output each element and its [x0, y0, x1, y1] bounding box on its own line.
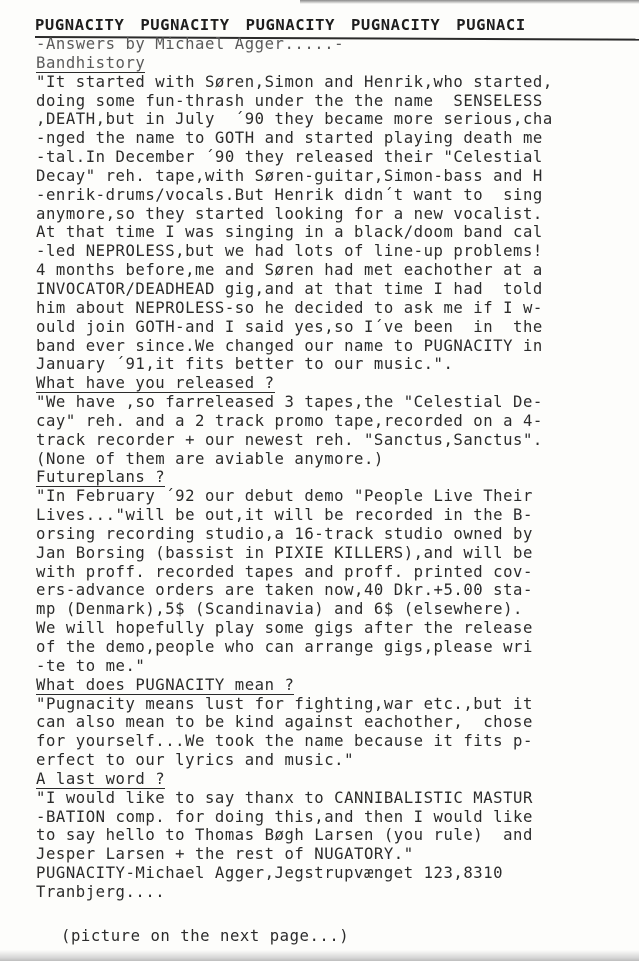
body-text-line: -BATION comp. for doing this,and then I …	[36, 808, 636, 827]
body-text-line: We will hopefully play some gigs after t…	[36, 619, 636, 638]
fanzine-page: PUGNACITY PUGNACITY PUGNACITY PUGNACITY …	[0, 0, 639, 961]
body-text-line: January ´91,it fits better to our music.…	[36, 355, 636, 374]
body-text-line: orsing recording studio,a 16-track studi…	[36, 525, 636, 544]
body-text-line: doing some fun-thrash under the the name…	[36, 92, 636, 111]
body-text-line: track recorder + our newest reh. "Sanctu…	[36, 431, 636, 450]
interview-sections: Bandhistory"It started with Søren,Simon …	[36, 54, 636, 902]
body-text-line: 4 months before,me and Søren had met eac…	[36, 261, 636, 280]
body-text-line: him about NEPROLESS-so he decided to ask…	[36, 299, 636, 318]
body-text-line: with proff. recorded tapes and proff. pr…	[36, 563, 636, 582]
interview-body: -Answers by Michael Agger.....- Bandhist…	[36, 35, 636, 902]
body-text-line: -te to me."	[36, 657, 636, 676]
body-text-line: "We have ,so farreleased 3 tapes,the "Ce…	[36, 393, 636, 412]
body-text-line: Decay" reh. tape,with Søren-guitar,Simon…	[36, 167, 636, 186]
body-text-line: "Pugnacity means lust for fighting,war e…	[36, 695, 636, 714]
body-text-line: mp (Denmark),5$ (Scandinavia) and 6$ (el…	[36, 600, 636, 619]
scan-edge-shadow-top	[300, 0, 639, 4]
body-text-line: -enrik-drums/vocals.But Henrik didn´t wa…	[36, 186, 636, 205]
section-heading: Futureplans ?	[36, 469, 165, 487]
section-heading: A last word ?	[36, 771, 165, 789]
body-text-line: for yourself...We took the name because …	[36, 732, 636, 751]
interview-section: A last word ?"I would like to say thanx …	[36, 770, 636, 902]
closing-note: (picture on the next page...)	[61, 927, 349, 945]
body-text-line: of the demo,people who can arrange gigs,…	[36, 638, 636, 657]
scan-edge-shadow-bottom	[0, 950, 639, 961]
body-text-line: Lives..."will be out,it will be recorded…	[36, 506, 636, 525]
section-heading: What does PUGNACITY mean ?	[36, 677, 294, 695]
body-text-line: to say hello to Thomas Bøgh Larsen (you …	[36, 826, 636, 845]
body-text-line: Jan Borsing (bassist in PIXIE KILLERS),a…	[36, 544, 636, 563]
body-text-line: "In February ´92 our debut demo "People …	[36, 487, 636, 506]
body-text-line: ould join GOTH-and I said yes,so I´ve be…	[36, 318, 636, 337]
body-text-line: -led NEPROLESS,but we had lots of line-u…	[36, 242, 636, 261]
body-text-line: band ever since.We changed our name to P…	[36, 337, 636, 356]
section-heading-line: What does PUGNACITY mean ?	[36, 676, 636, 695]
body-text-line: At that time I was singing in a black/do…	[36, 223, 636, 242]
body-text-line: "It started with Søren,Simon and Henrik,…	[36, 73, 636, 92]
interview-section: Futureplans ?"In February ´92 our debut …	[36, 468, 636, 675]
body-text-line: ers-advance orders are taken now,40 Dkr.…	[36, 581, 636, 600]
body-text-line: Jesper Larsen + the rest of NUGATORY."	[36, 845, 636, 864]
body-text-line: anymore,so they started looking for a ne…	[36, 205, 636, 224]
body-text-line: "I would like to say thanx to CANNIBALIS…	[36, 789, 636, 808]
interview-section: What does PUGNACITY mean ?"Pugnacity mea…	[36, 676, 636, 770]
section-heading-line: A last word ?	[36, 770, 636, 789]
body-text-line: can also mean to be kind against eachoth…	[36, 713, 636, 732]
section-heading-line: Futureplans ?	[36, 468, 636, 487]
body-text-line: INVOCATOR/DEADHEAD gig,and at that time …	[36, 280, 636, 299]
section-heading-line: Bandhistory	[36, 54, 636, 73]
body-text-line: -tal.In December ´90 they released their…	[36, 148, 636, 167]
body-text-line: -nged the name to GOTH and started playi…	[36, 129, 636, 148]
interview-section: What have you released ?"We have ,so far…	[36, 374, 636, 468]
section-heading: Bandhistory	[36, 55, 145, 73]
banner-header: PUGNACITY PUGNACITY PUGNACITY PUGNACITY …	[35, 16, 639, 34]
body-text-line: cay" reh. and a 2 track promo tape,recor…	[36, 412, 636, 431]
body-text-line: ,DEATH,but in July ´90 they became more …	[36, 110, 636, 129]
byline: -Answers by Michael Agger.....-	[36, 35, 636, 54]
body-text-line: Tranbjerg....	[36, 883, 636, 902]
interview-section: Bandhistory"It started with Søren,Simon …	[36, 54, 636, 374]
body-text-line: PUGNACITY-Michael Agger,Jegstrupvænget 1…	[36, 864, 636, 883]
body-text-line: erfect to our lyrics and music."	[36, 751, 636, 770]
body-text-line: (None of them are aviable anymore.)	[36, 450, 636, 469]
section-heading: What have you released ?	[36, 375, 275, 393]
section-heading-line: What have you released ?	[36, 374, 636, 393]
